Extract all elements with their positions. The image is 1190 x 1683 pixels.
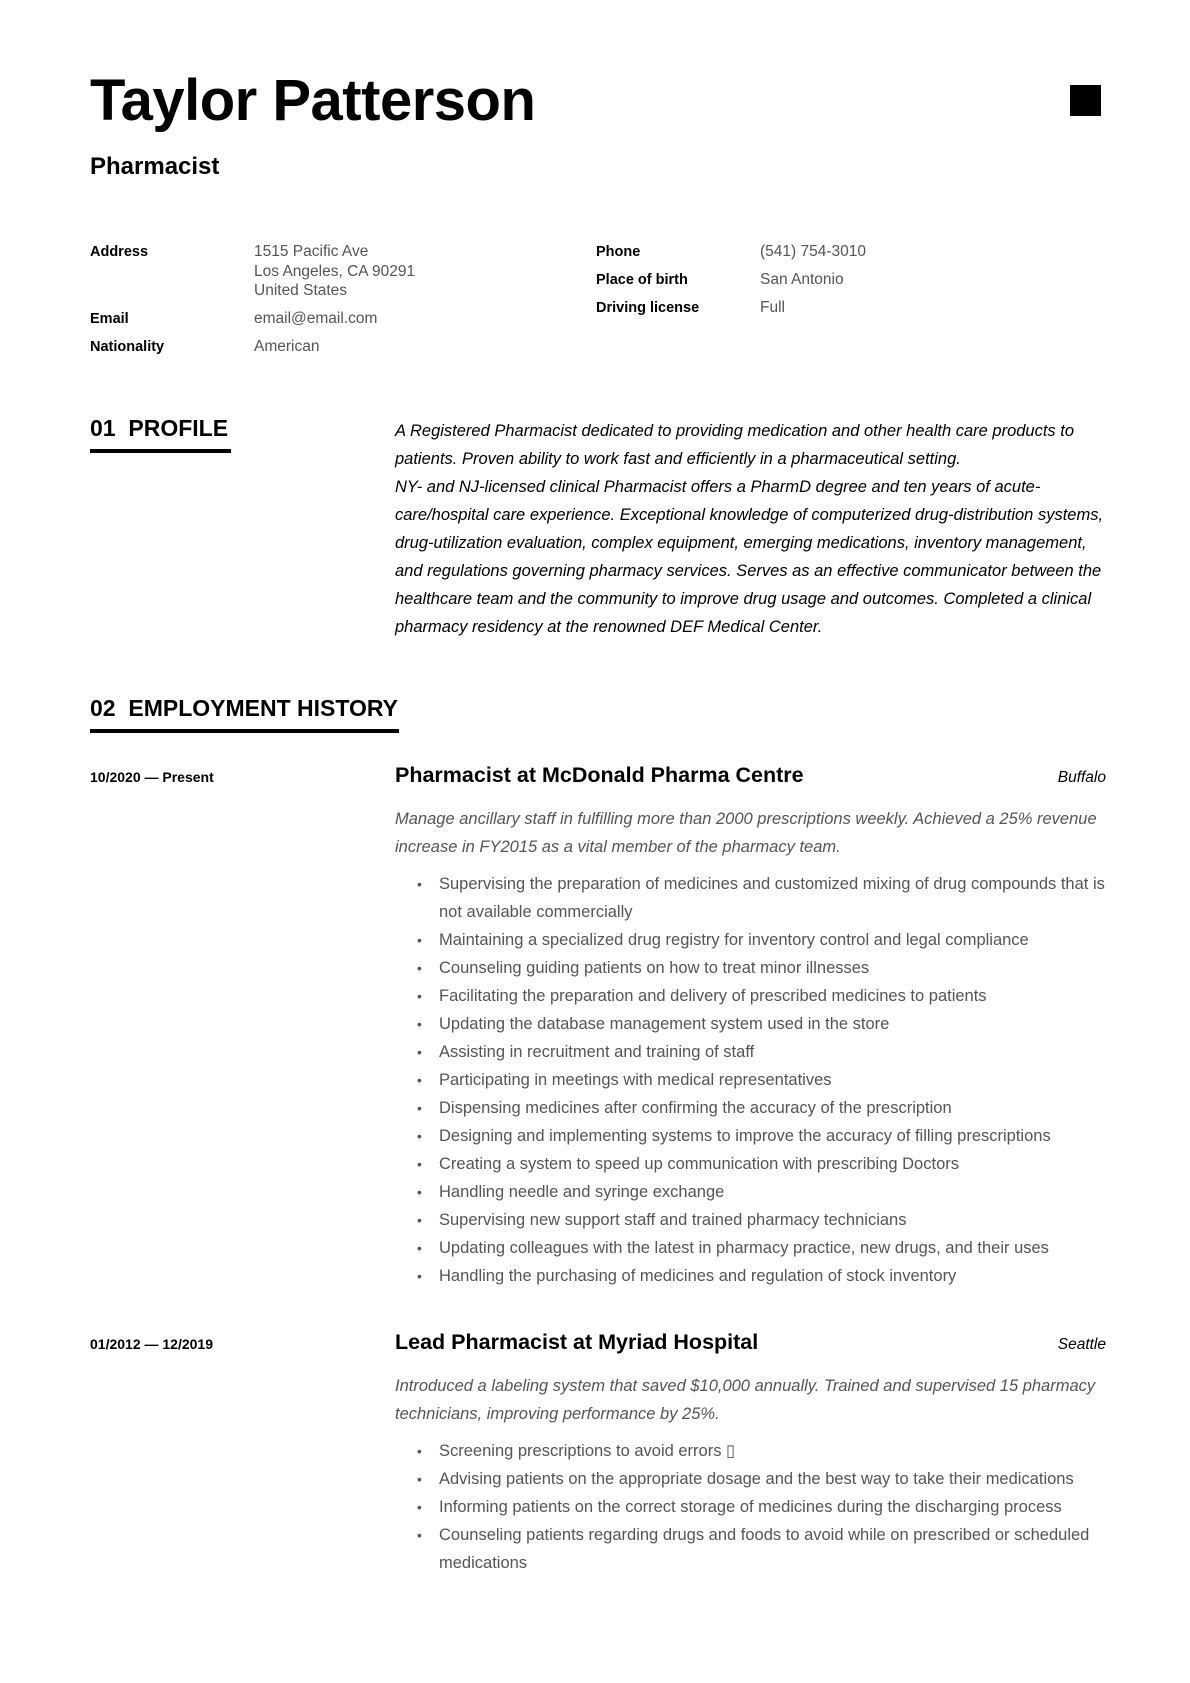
job-bullet-text: Screening prescriptions to avoid errors … — [439, 1442, 735, 1460]
bullet-icon: • — [417, 1150, 422, 1178]
job-bullet-text: Counseling guiding patients on how to tr… — [439, 959, 869, 977]
job-title-row: Pharmacist at McDonald Pharma Centre Buf… — [395, 760, 1106, 793]
job-bullet-text: Dispensing medicines after confirming th… — [439, 1099, 952, 1117]
job-dates: 10/2020 — Present — [90, 768, 214, 786]
detail-value-line: Los Angeles, CA 90291 — [254, 262, 415, 282]
detail-label: Driving license — [596, 298, 760, 318]
bullet-icon: • — [417, 1094, 422, 1122]
job-bullet-item: •Assisting in recruitment and training o… — [395, 1038, 1106, 1066]
bullet-icon: • — [417, 1437, 422, 1465]
job-bullet-text: Assisting in recruitment and training of… — [439, 1043, 754, 1061]
candidate-name: Taylor Patterson — [90, 66, 535, 136]
detail-value-line: Full — [760, 298, 785, 318]
detail-row-place-of-birth: Place of birthSan Antonio — [596, 270, 1096, 290]
job-bullet-text: Creating a system to speed up communicat… — [439, 1155, 959, 1173]
bullet-icon: • — [417, 1066, 422, 1094]
job-bullet-item: •Handling needle and syringe exchange — [395, 1178, 1106, 1206]
job-dates: 01/2012 — 12/2019 — [90, 1335, 213, 1353]
job-city: Seattle — [1058, 1330, 1106, 1360]
job-title: Lead Pharmacist at Myriad Hospital — [395, 1327, 758, 1357]
bullet-icon: • — [417, 1122, 422, 1150]
bullet-icon: • — [417, 954, 422, 982]
detail-value: Full — [760, 298, 785, 318]
job-summary: Manage ancillary staff in fulfilling mor… — [395, 805, 1106, 861]
job-title-row: Lead Pharmacist at Myriad Hospital Seatt… — [395, 1327, 1106, 1360]
detail-label: Email — [90, 309, 254, 329]
job-bullet-item: •Advising patients on the appropriate do… — [395, 1465, 1106, 1493]
square-logo-icon — [1070, 85, 1101, 116]
job-bullet-item: •Updating the database management system… — [395, 1010, 1106, 1038]
detail-label: Address — [90, 242, 254, 301]
bullet-icon: • — [417, 1262, 422, 1290]
bullet-icon: • — [417, 1465, 422, 1493]
job-bullet-item: •Dispensing medicines after confirming t… — [395, 1094, 1106, 1122]
bullet-icon: • — [417, 870, 422, 898]
job-bullet-item: •Screening prescriptions to avoid errors… — [395, 1437, 1106, 1465]
detail-value-line: San Antonio — [760, 270, 844, 290]
bullet-icon: • — [417, 1521, 422, 1549]
detail-label: Phone — [596, 242, 760, 262]
detail-row-phone: Phone(541) 754-3010 — [596, 242, 1096, 262]
job-bullet-text: Handling needle and syringe exchange — [439, 1183, 724, 1201]
job-bullet-item: •Facilitating the preparation and delive… — [395, 982, 1106, 1010]
bullet-icon: • — [417, 1206, 422, 1234]
contact-details-right: Phone(541) 754-3010Place of birthSan Ant… — [596, 242, 1096, 326]
job-bullet-text: Updating the database management system … — [439, 1015, 889, 1033]
job-bullet-item: •Handling the purchasing of medicines an… — [395, 1262, 1106, 1290]
detail-value-line: email@email.com — [254, 309, 377, 329]
bullet-icon: • — [417, 1038, 422, 1066]
job-bullet-text: Updating colleagues with the latest in p… — [439, 1239, 1049, 1257]
detail-value: San Antonio — [760, 270, 844, 290]
detail-value-line: (541) 754-3010 — [760, 242, 866, 262]
job-bullet-text: Counseling patients regarding drugs and … — [439, 1526, 1089, 1572]
profile-section-heading: 01 PROFILE — [90, 414, 231, 453]
job-bullet-item: •Creating a system to speed up communica… — [395, 1150, 1106, 1178]
bullet-icon: • — [417, 926, 422, 954]
detail-value: email@email.com — [254, 309, 377, 329]
profile-paragraph: NY- and NJ-licensed clinical Pharmacist … — [395, 473, 1105, 641]
job-bullet-item: •Participating in meetings with medical … — [395, 1066, 1106, 1094]
job-city: Buffalo — [1058, 763, 1106, 793]
candidate-job-title: Pharmacist — [90, 152, 219, 182]
job-bullet-text: Participating in meetings with medical r… — [439, 1071, 832, 1089]
detail-row-driving-license: Driving licenseFull — [596, 298, 1096, 318]
contact-details-left: Address1515 Pacific AveLos Angeles, CA 9… — [90, 242, 590, 365]
detail-value: American — [254, 337, 319, 357]
job-details: Lead Pharmacist at Myriad Hospital Seatt… — [395, 1327, 1106, 1577]
detail-value-line: American — [254, 337, 319, 357]
bullet-icon: • — [417, 1178, 422, 1206]
job-bullet-text: Informing patients on the correct storag… — [439, 1498, 1062, 1516]
job-bullet-text: Supervising new support staff and traine… — [439, 1211, 906, 1229]
job-title: Pharmacist at McDonald Pharma Centre — [395, 760, 804, 790]
job-bullet-text: Advising patients on the appropriate dos… — [439, 1470, 1074, 1488]
job-bullet-text: Facilitating the preparation and deliver… — [439, 987, 987, 1005]
bullet-icon: • — [417, 1010, 422, 1038]
employment-section-heading: 02 EMPLOYMENT HISTORY — [90, 694, 399, 733]
job-bullet-item: •Maintaining a specialized drug registry… — [395, 926, 1106, 954]
job-bullet-item: •Supervising new support staff and train… — [395, 1206, 1106, 1234]
job-bullet-text: Designing and implementing systems to im… — [439, 1127, 1051, 1145]
job-bullet-item: •Counseling guiding patients on how to t… — [395, 954, 1106, 982]
detail-label: Nationality — [90, 337, 254, 357]
detail-value: (541) 754-3010 — [760, 242, 866, 262]
job-bullet-text: Maintaining a specialized drug registry … — [439, 931, 1029, 949]
job-bullet-list: •Supervising the preparation of medicine… — [395, 870, 1106, 1290]
job-details: Pharmacist at McDonald Pharma Centre Buf… — [395, 760, 1106, 1290]
job-bullet-item: •Supervising the preparation of medicine… — [395, 870, 1106, 926]
job-bullet-item: •Informing patients on the correct stora… — [395, 1493, 1106, 1521]
detail-value-line: 1515 Pacific Ave — [254, 242, 415, 262]
job-bullet-item: •Counseling patients regarding drugs and… — [395, 1521, 1106, 1577]
profile-paragraph: A Registered Pharmacist dedicated to pro… — [395, 417, 1105, 473]
detail-value: 1515 Pacific AveLos Angeles, CA 90291Uni… — [254, 242, 415, 301]
job-summary: Introduced a labeling system that saved … — [395, 1372, 1106, 1428]
job-bullet-item: •Updating colleagues with the latest in … — [395, 1234, 1106, 1262]
job-bullet-item: •Designing and implementing systems to i… — [395, 1122, 1106, 1150]
profile-summary: A Registered Pharmacist dedicated to pro… — [395, 417, 1105, 641]
job-bullet-list: •Screening prescriptions to avoid errors… — [395, 1437, 1106, 1577]
detail-row-address: Address1515 Pacific AveLos Angeles, CA 9… — [90, 242, 590, 301]
detail-row-email: Emailemail@email.com — [90, 309, 590, 329]
resume-page: Taylor Patterson Pharmacist Address1515 … — [0, 0, 1190, 1683]
job-bullet-text: Handling the purchasing of medicines and… — [439, 1267, 956, 1285]
detail-label: Place of birth — [596, 270, 760, 290]
detail-value-line: United States — [254, 281, 415, 301]
detail-row-nationality: NationalityAmerican — [90, 337, 590, 357]
job-bullet-text: Supervising the preparation of medicines… — [439, 875, 1105, 921]
bullet-icon: • — [417, 1493, 422, 1521]
bullet-icon: • — [417, 982, 422, 1010]
bullet-icon: • — [417, 1234, 422, 1262]
